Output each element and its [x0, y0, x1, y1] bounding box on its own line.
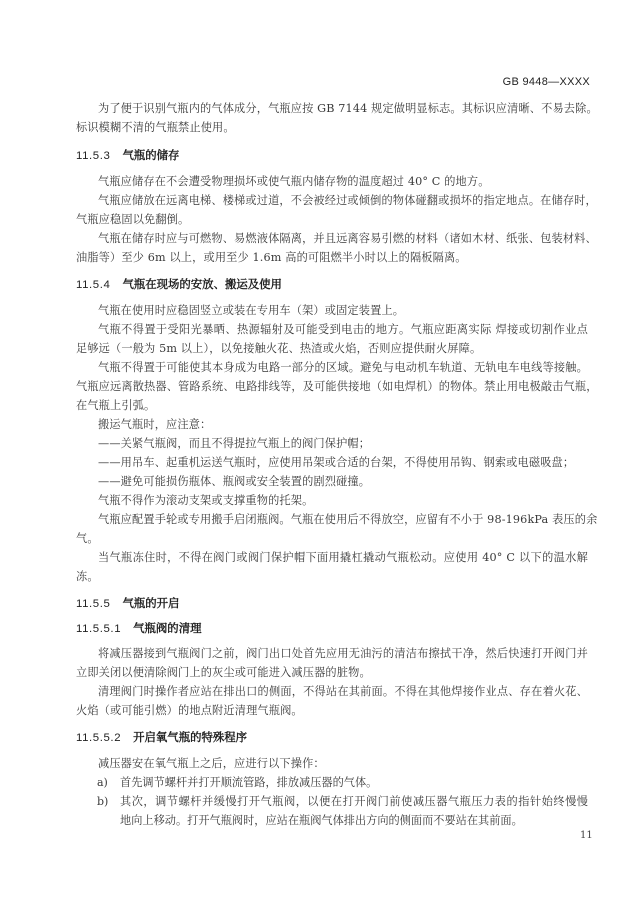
- paragraph-line: 气瓶应储放在远离电梯、楼梯或过道，不会被经过或倾倒的物体碰翻或损坏的指定地点。在…: [98, 194, 588, 208]
- list-item-text: 首先调节螺杆并打开顺流管路，排放减压器的气体。: [120, 776, 588, 790]
- paragraph-line: 足够远（一般为 5m 以上），以免接触火花、热渣或火焰，否则应提供耐火屏障。: [76, 342, 588, 356]
- paragraph-line: 当气瓶冻住时，不得在阀门或阀门保护帽下面用撬杠撬动气瓶松动。应使用 40° C …: [98, 551, 588, 565]
- paragraph-line: 气瓶在使用时应稳固竖立或装在专用车（架）或固定装置上。: [98, 304, 588, 318]
- section-number: 11.5.4: [76, 279, 110, 291]
- paragraph-line: 在气瓶上引弧。: [76, 399, 588, 413]
- paragraph-line: 气瓶不得作为滚动支架或支撑重物的托架。: [98, 494, 588, 508]
- paragraph-line: 减压器安在氧气瓶上之后，应进行以下操作：: [98, 757, 588, 771]
- section-heading-11-5-5-2: 11.5.5.2开启氧气瓶的特殊程序: [76, 731, 247, 745]
- dash-list-item: ——用吊车、起重机运送气瓶时，应使用吊架或合适的台架，不得使用吊钩、钢索或电磁吸…: [98, 456, 588, 470]
- section-title: 开启氧气瓶的特殊程序: [133, 732, 247, 744]
- paragraph-line: 气瓶应远离散热器、管路系统、电路排线等，及可能供接地（如电焊机）的物体。禁止用电…: [76, 380, 588, 394]
- section-heading-11-5-5: 11.5.5气瓶的开启: [76, 597, 179, 611]
- section-heading-11-5-5-1: 11.5.5.1气瓶阀的清理: [76, 622, 201, 636]
- section-title: 气瓶阀的清理: [133, 623, 201, 635]
- paragraph-line: 冻。: [76, 570, 588, 584]
- paragraph-line: 气瓶不得置于受阳光暴晒、热源辐射及可能受到电击的地方。气瓶应距离实际 焊接或切割…: [98, 323, 588, 337]
- paragraph-line: 气瓶应配置手轮或专用搬手启闭瓶阀。气瓶在使用后不得放空，应留有不小于 98-19…: [98, 513, 588, 527]
- section-number: 11.5.5.2: [76, 732, 121, 744]
- section-title: 气瓶的储存: [122, 150, 179, 162]
- list-item-text: 其次，调节螺杆并缓慢打开气瓶阀，以便在打开阀门前使减压器气瓶压力表的指针始终慢慢: [120, 795, 588, 809]
- list-item-text: 地向上移动。打开气瓶阀时，应站在瓶阀气体排出方向的侧面而不要站在其前面。: [120, 814, 588, 828]
- paragraph-line: 气。: [76, 532, 588, 546]
- dash-list-item: ——避免可能损伤瓶体、瓶阀或安全装置的剧烈碰撞。: [98, 475, 588, 489]
- dash-list-item: ——关紧气瓶阀，而且不得提拉气瓶上的阀门保护帽；: [98, 437, 588, 451]
- paragraph-line: 气瓶在储存时应与可燃物、易燃液体隔离，并且远离容易引燃的材料（诸如木材、纸张、包…: [98, 232, 588, 246]
- paragraph-line: 气瓶应储存在不会遭受物理损坏或使气瓶内储存物的温度超过 40° C 的地方。: [98, 175, 588, 189]
- section-number: 11.5.3: [76, 150, 110, 162]
- paragraph-line: 火焰（或可能引燃）的地点附近清理气瓶阀。: [76, 704, 588, 718]
- list-label: b): [97, 795, 108, 809]
- paragraph-line: 气瓶应稳固以免翻倒。: [76, 213, 588, 227]
- paragraph-line: 清理阀门时操作者应站在排出口的侧面，不得站在其前面。不得在其他焊接作业点、存在着…: [98, 685, 588, 699]
- paragraph-line: 气瓶不得置于可能使其本身成为电路一部分的区域。避免与电动机车轨道、无轨电车电线等…: [98, 361, 588, 375]
- paragraph-line: 为了便于识别气瓶内的气体成分，气瓶应按 GB 7144 规定做明显标志。其标识应…: [98, 102, 588, 116]
- section-heading-11-5-3: 11.5.3气瓶的储存: [76, 149, 179, 163]
- list-label: a): [97, 776, 108, 790]
- document-id-header: GB 9448—XXXX: [503, 76, 590, 88]
- paragraph-line: 将减压器接到气瓶阀门之前，阀门出口处首先应用无油污的清洁布擦拭干净，然后快速打开…: [98, 647, 588, 661]
- section-number: 11.5.5.1: [76, 623, 121, 635]
- section-heading-11-5-4: 11.5.4气瓶在现场的安放、搬运及使用: [76, 278, 282, 292]
- page-number: 11: [580, 830, 593, 841]
- section-number: 11.5.5: [76, 598, 110, 610]
- section-title: 气瓶在现场的安放、搬运及使用: [122, 279, 281, 291]
- section-title: 气瓶的开启: [122, 598, 179, 610]
- paragraph-line: 油脂等）至少 6m 以上，或用至少 1.6m 高的可阻燃半小时以上的隔板隔离。: [76, 251, 588, 265]
- paragraph-line: 标识模糊不清的气瓶禁止使用。: [76, 121, 588, 135]
- paragraph-line: 搬运气瓶时，应注意：: [98, 418, 588, 432]
- paragraph-line: 立即关闭以便清除阀门上的灰尘或可能进入减压器的脏物。: [76, 666, 588, 680]
- document-page: GB 9448—XXXX 为了便于识别气瓶内的气体成分，气瓶应按 GB 7144…: [0, 0, 639, 903]
